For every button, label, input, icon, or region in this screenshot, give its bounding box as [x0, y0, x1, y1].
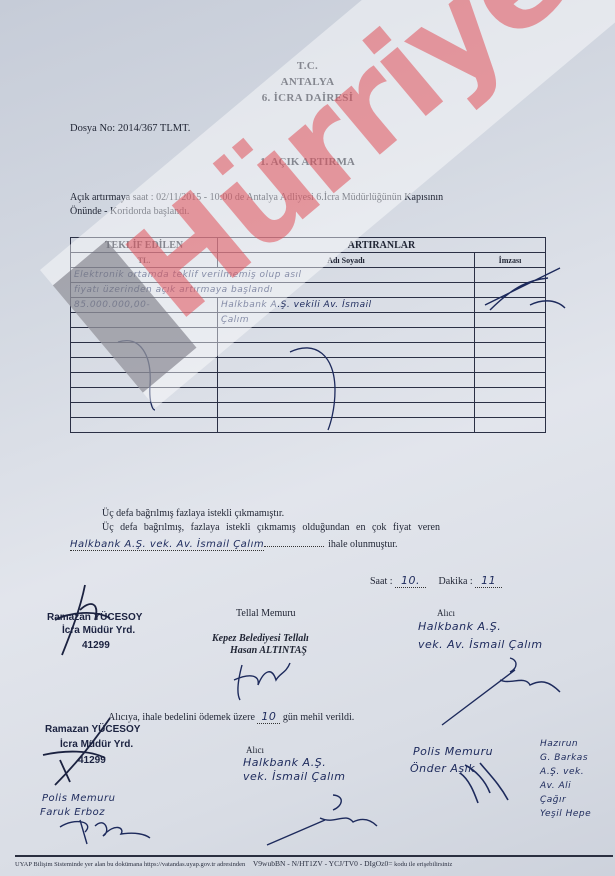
crier-signature — [230, 655, 300, 705]
buyer2-handwritten-2: vek. İsmail Çalım — [243, 770, 345, 783]
document-page: T.C. ANTALYA 6. İCRA DAİRESİ Dosya No: 2… — [0, 0, 615, 876]
body-line-2: Üç defa bağrılmış, fazlaya istekli çıkma… — [102, 522, 440, 533]
deadline-suffix: gün mehil verildi. — [283, 712, 354, 723]
attendee-line: G. Barkas — [540, 751, 591, 765]
footer-suffix: kodu ile erişebilirsiniz — [394, 861, 452, 868]
police1-signature — [430, 755, 520, 815]
footer-codes: V9wubBN - N/HT1ZV - YCJ/TV0 - DIgOz0= — [253, 859, 393, 868]
crier-title: Tellal Memuru — [236, 608, 296, 619]
buyer-label: Alıcı — [437, 608, 455, 618]
buyer2-signature — [265, 790, 385, 850]
buyer2-handwritten-1: Halkbank A.Ş. — [243, 756, 326, 769]
hour-value: 10. — [395, 574, 426, 588]
minute-value: 11 — [475, 574, 502, 588]
deadline-prefix: Alıcıya, ihale bedelini ödemek üzere — [108, 712, 255, 723]
police2-signature — [55, 812, 155, 847]
body-line-1: Üç defa bağrılmış fazlaya istekli çıkmam… — [102, 508, 284, 519]
header-city: ANTALYA — [0, 76, 615, 88]
deadline-row: Alıcıya, ihale bedelini ödemek üzere 10 … — [108, 710, 354, 723]
time-row: Saat : 10. Dakika : 11 — [370, 574, 502, 587]
header-tc: T.C. — [0, 60, 615, 72]
buyer-handwritten-1: Halkbank A.Ş. — [418, 620, 501, 633]
awarded-text: ihale olunmuştur. — [328, 539, 397, 550]
footer-text: UYAP Bilişim Sisteminde yer alan bu dokü… — [15, 861, 245, 868]
footer-divider — [15, 855, 613, 857]
attendee-line: A.Ş. vek. — [540, 765, 591, 779]
buyer-signature — [440, 650, 570, 730]
file-number: Dosya No: 2014/367 TLMT. — [70, 123, 190, 134]
attendee-line: Çağır — [540, 793, 591, 807]
winner-name: Halkbank A.Ş. vek. Av. İsmail Çalım — [70, 539, 264, 551]
deadline-days: 10 — [257, 710, 280, 724]
col-bidders-header: ARTIRANLAR — [218, 238, 546, 253]
attendee-line: Hazırun — [540, 737, 591, 751]
footer: UYAP Bilişim Sisteminde yer alan bu dokü… — [15, 859, 452, 868]
intro-line-1: Açık artırmaya saat : 02/11/2015 - 10:00… — [70, 192, 443, 203]
attendee-line: Av. Ali — [540, 779, 591, 793]
intro-line-2: Önünde - Koridorda başlandı. — [70, 206, 189, 217]
hour-label: Saat : — [370, 576, 393, 587]
page-title: 1. AÇIK ARTIRMA — [0, 156, 615, 168]
signature-mark-2 — [35, 710, 125, 790]
police2-handwritten-1: Polis Memuru — [42, 793, 115, 804]
header-office: 6. İCRA DAİRESİ — [0, 92, 615, 104]
body-line-3: Halkbank A.Ş. vek. Av. İsmail Çalım ihal… — [70, 536, 545, 551]
crier-org: Kepez Belediyesi Tellalı — [212, 633, 309, 644]
minute-label: Dakika : — [439, 576, 473, 587]
attendee-line: Yeşil Hepe — [540, 807, 591, 821]
signature-mark — [40, 580, 130, 660]
table-scribbles — [60, 260, 580, 450]
attendee-notes: Hazırun G. Barkas A.Ş. vek. Av. Ali Çağı… — [540, 737, 591, 821]
buyer-label-2: Alıcı — [246, 745, 264, 755]
col-offered-header: TEKLİF EDİLEN — [71, 238, 218, 253]
